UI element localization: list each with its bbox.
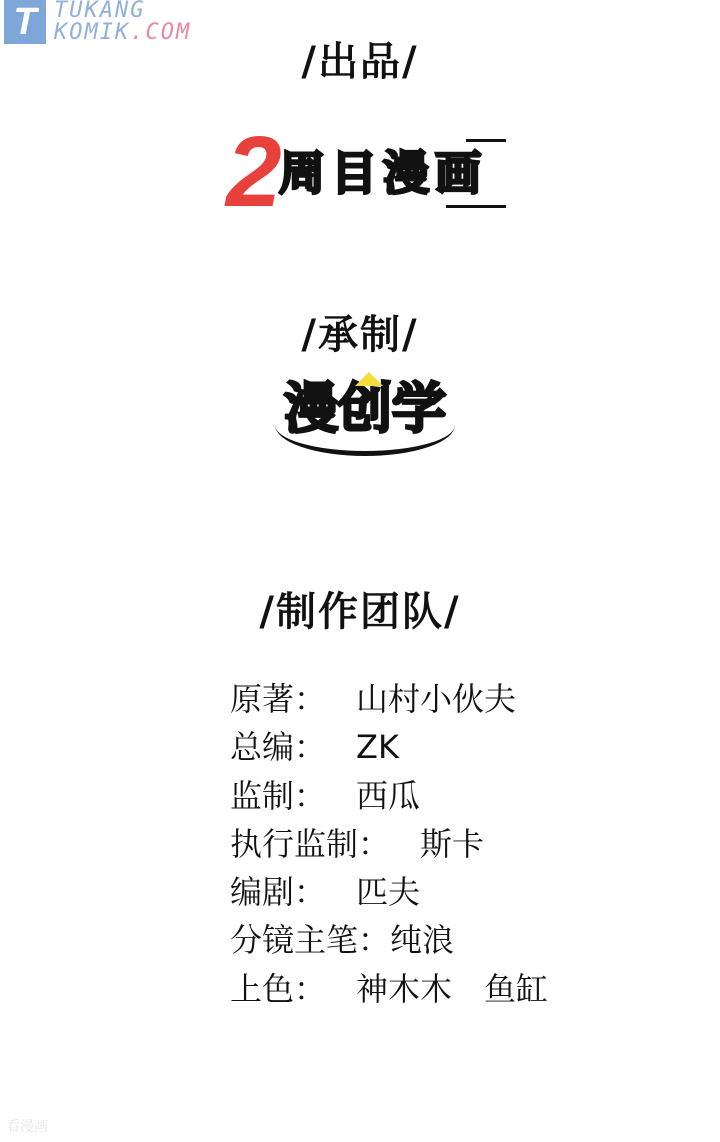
- credit-row: 原著：山村小伙夫: [230, 675, 548, 723]
- credit-label: 监制：: [230, 772, 326, 820]
- credit-row: 分镜主笔：纯浪: [230, 916, 548, 964]
- logo-char: 目: [328, 147, 380, 199]
- credit-row: 上色：神木木 鱼缸: [230, 965, 548, 1013]
- credit-label: 总编：: [230, 723, 326, 771]
- logo-arc: [275, 425, 455, 456]
- credit-label: 原著：: [230, 675, 326, 723]
- logo-digit: 2: [226, 125, 282, 220]
- credit-row: 总编：ZK: [230, 723, 548, 771]
- footer-watermark: 看漫画: [6, 1116, 48, 1136]
- logo-char: 漫: [380, 147, 432, 199]
- credit-value: 神木木 鱼缸: [356, 965, 548, 1013]
- roof-shape: [355, 372, 383, 386]
- team-heading: /制作团队/: [0, 580, 720, 637]
- watermark-line1: TUKANG: [54, 0, 191, 22]
- publisher-heading: /出品/: [0, 30, 720, 87]
- credit-label: 编剧：: [230, 868, 326, 916]
- credits-list: 原著：山村小伙夫 总编：ZK 监制：西瓜 执行监制：斯卡 编剧：匹夫 分镜主笔：…: [230, 675, 548, 1013]
- credit-value: 纯浪: [390, 916, 454, 964]
- producer-heading: /承制/: [0, 303, 720, 360]
- credit-label: 执行监制：: [230, 820, 390, 868]
- credit-value: 斯卡: [420, 820, 484, 868]
- credit-label: 分镜主笔：: [230, 916, 390, 964]
- publisher-logo: 2 周 目 漫 画: [226, 125, 506, 220]
- credit-row: 监制：西瓜: [230, 772, 548, 820]
- logo-char: 周: [276, 147, 328, 199]
- credit-value: 西瓜: [356, 772, 420, 820]
- logo-char: 画: [432, 147, 484, 199]
- credit-value: ZK: [356, 723, 399, 771]
- speed-line: [466, 139, 506, 142]
- credit-row: 编剧：匹夫: [230, 868, 548, 916]
- credit-value: 匹夫: [356, 868, 420, 916]
- producer-logo: 漫 创 学: [275, 378, 455, 456]
- credit-label: 上色：: [230, 965, 326, 1013]
- speed-line: [446, 205, 506, 208]
- credit-value: 山村小伙夫: [356, 675, 516, 723]
- credit-row: 执行监制：斯卡: [230, 820, 548, 868]
